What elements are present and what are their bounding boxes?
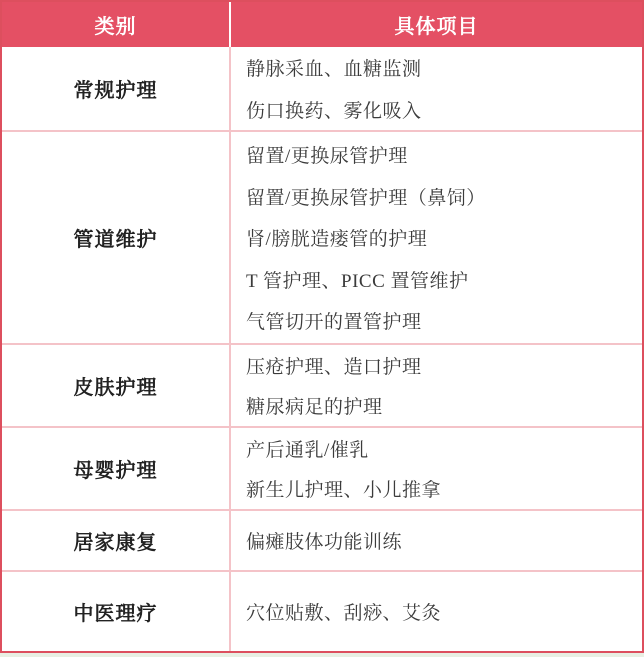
- item-line: 气管切开的置管护理: [246, 300, 642, 342]
- items-cell: 压疮护理、造口护理糖尿病足的护理: [231, 345, 642, 426]
- category-cell: 皮肤护理: [2, 345, 231, 426]
- table-row: 管道维护 留置/更换尿管护理留置/更换尿管护理（鼻饲）肾/膀胱造瘘管的护理T 管…: [2, 130, 642, 343]
- table-row: 母婴护理 产后通乳/催乳新生儿护理、小儿推拿: [2, 426, 642, 509]
- item-line: 静脉采血、血糖监测: [246, 47, 642, 89]
- category-cell: 母婴护理: [2, 428, 231, 509]
- category-cell: 管道维护: [2, 132, 231, 343]
- category-cell: 常规护理: [2, 47, 231, 130]
- category-cell: 居家康复: [2, 511, 231, 570]
- item-line: 穴位贴敷、刮痧、艾灸: [246, 591, 642, 633]
- bottom-strip: [0, 653, 644, 657]
- item-line: 伤口换药、雾化吸入: [246, 89, 642, 131]
- item-line: 产后通乳/催乳: [246, 428, 642, 469]
- items-cell: 穴位贴敷、刮痧、艾灸: [231, 572, 642, 651]
- items-cell: 产后通乳/催乳新生儿护理、小儿推拿: [231, 428, 642, 509]
- table-row: 中医理疗 穴位贴敷、刮痧、艾灸: [2, 570, 642, 651]
- items-cell: 留置/更换尿管护理留置/更换尿管护理（鼻饲）肾/膀胱造瘘管的护理T 管护理、PI…: [231, 132, 642, 343]
- table-body: 常规护理 静脉采血、血糖监测伤口换药、雾化吸入 管道维护 留置/更换尿管护理留置…: [2, 47, 642, 651]
- items-cell: 偏瘫肢体功能训练: [231, 511, 642, 570]
- table-row: 皮肤护理 压疮护理、造口护理糖尿病足的护理: [2, 343, 642, 426]
- item-line: 留置/更换尿管护理（鼻饲）: [246, 175, 642, 217]
- items-cell: 静脉采血、血糖监测伤口换药、雾化吸入: [231, 47, 642, 130]
- item-line: 压疮护理、造口护理: [246, 345, 642, 386]
- item-line: 新生儿护理、小儿推拿: [246, 469, 642, 510]
- item-line: 肾/膀胱造瘘管的护理: [246, 217, 642, 259]
- item-line: 糖尿病足的护理: [246, 386, 642, 427]
- table-header-row: 类别 具体项目: [2, 2, 642, 47]
- table-row: 居家康复 偏瘫肢体功能训练: [2, 509, 642, 570]
- table-row: 常规护理 静脉采血、血糖监测伤口换药、雾化吸入: [2, 47, 642, 130]
- header-category-column: 类别: [2, 2, 231, 47]
- item-line: T 管护理、PICC 置管维护: [246, 258, 642, 300]
- service-table-page: 类别 具体项目 常规护理 静脉采血、血糖监测伤口换药、雾化吸入 管道维护 留置/…: [0, 0, 644, 657]
- service-category-table: 类别 具体项目 常规护理 静脉采血、血糖监测伤口换药、雾化吸入 管道维护 留置/…: [0, 0, 644, 653]
- category-cell: 中医理疗: [2, 572, 231, 651]
- header-items-column: 具体项目: [231, 2, 642, 47]
- item-line: 留置/更换尿管护理: [246, 134, 642, 176]
- item-line: 偏瘫肢体功能训练: [246, 520, 642, 562]
